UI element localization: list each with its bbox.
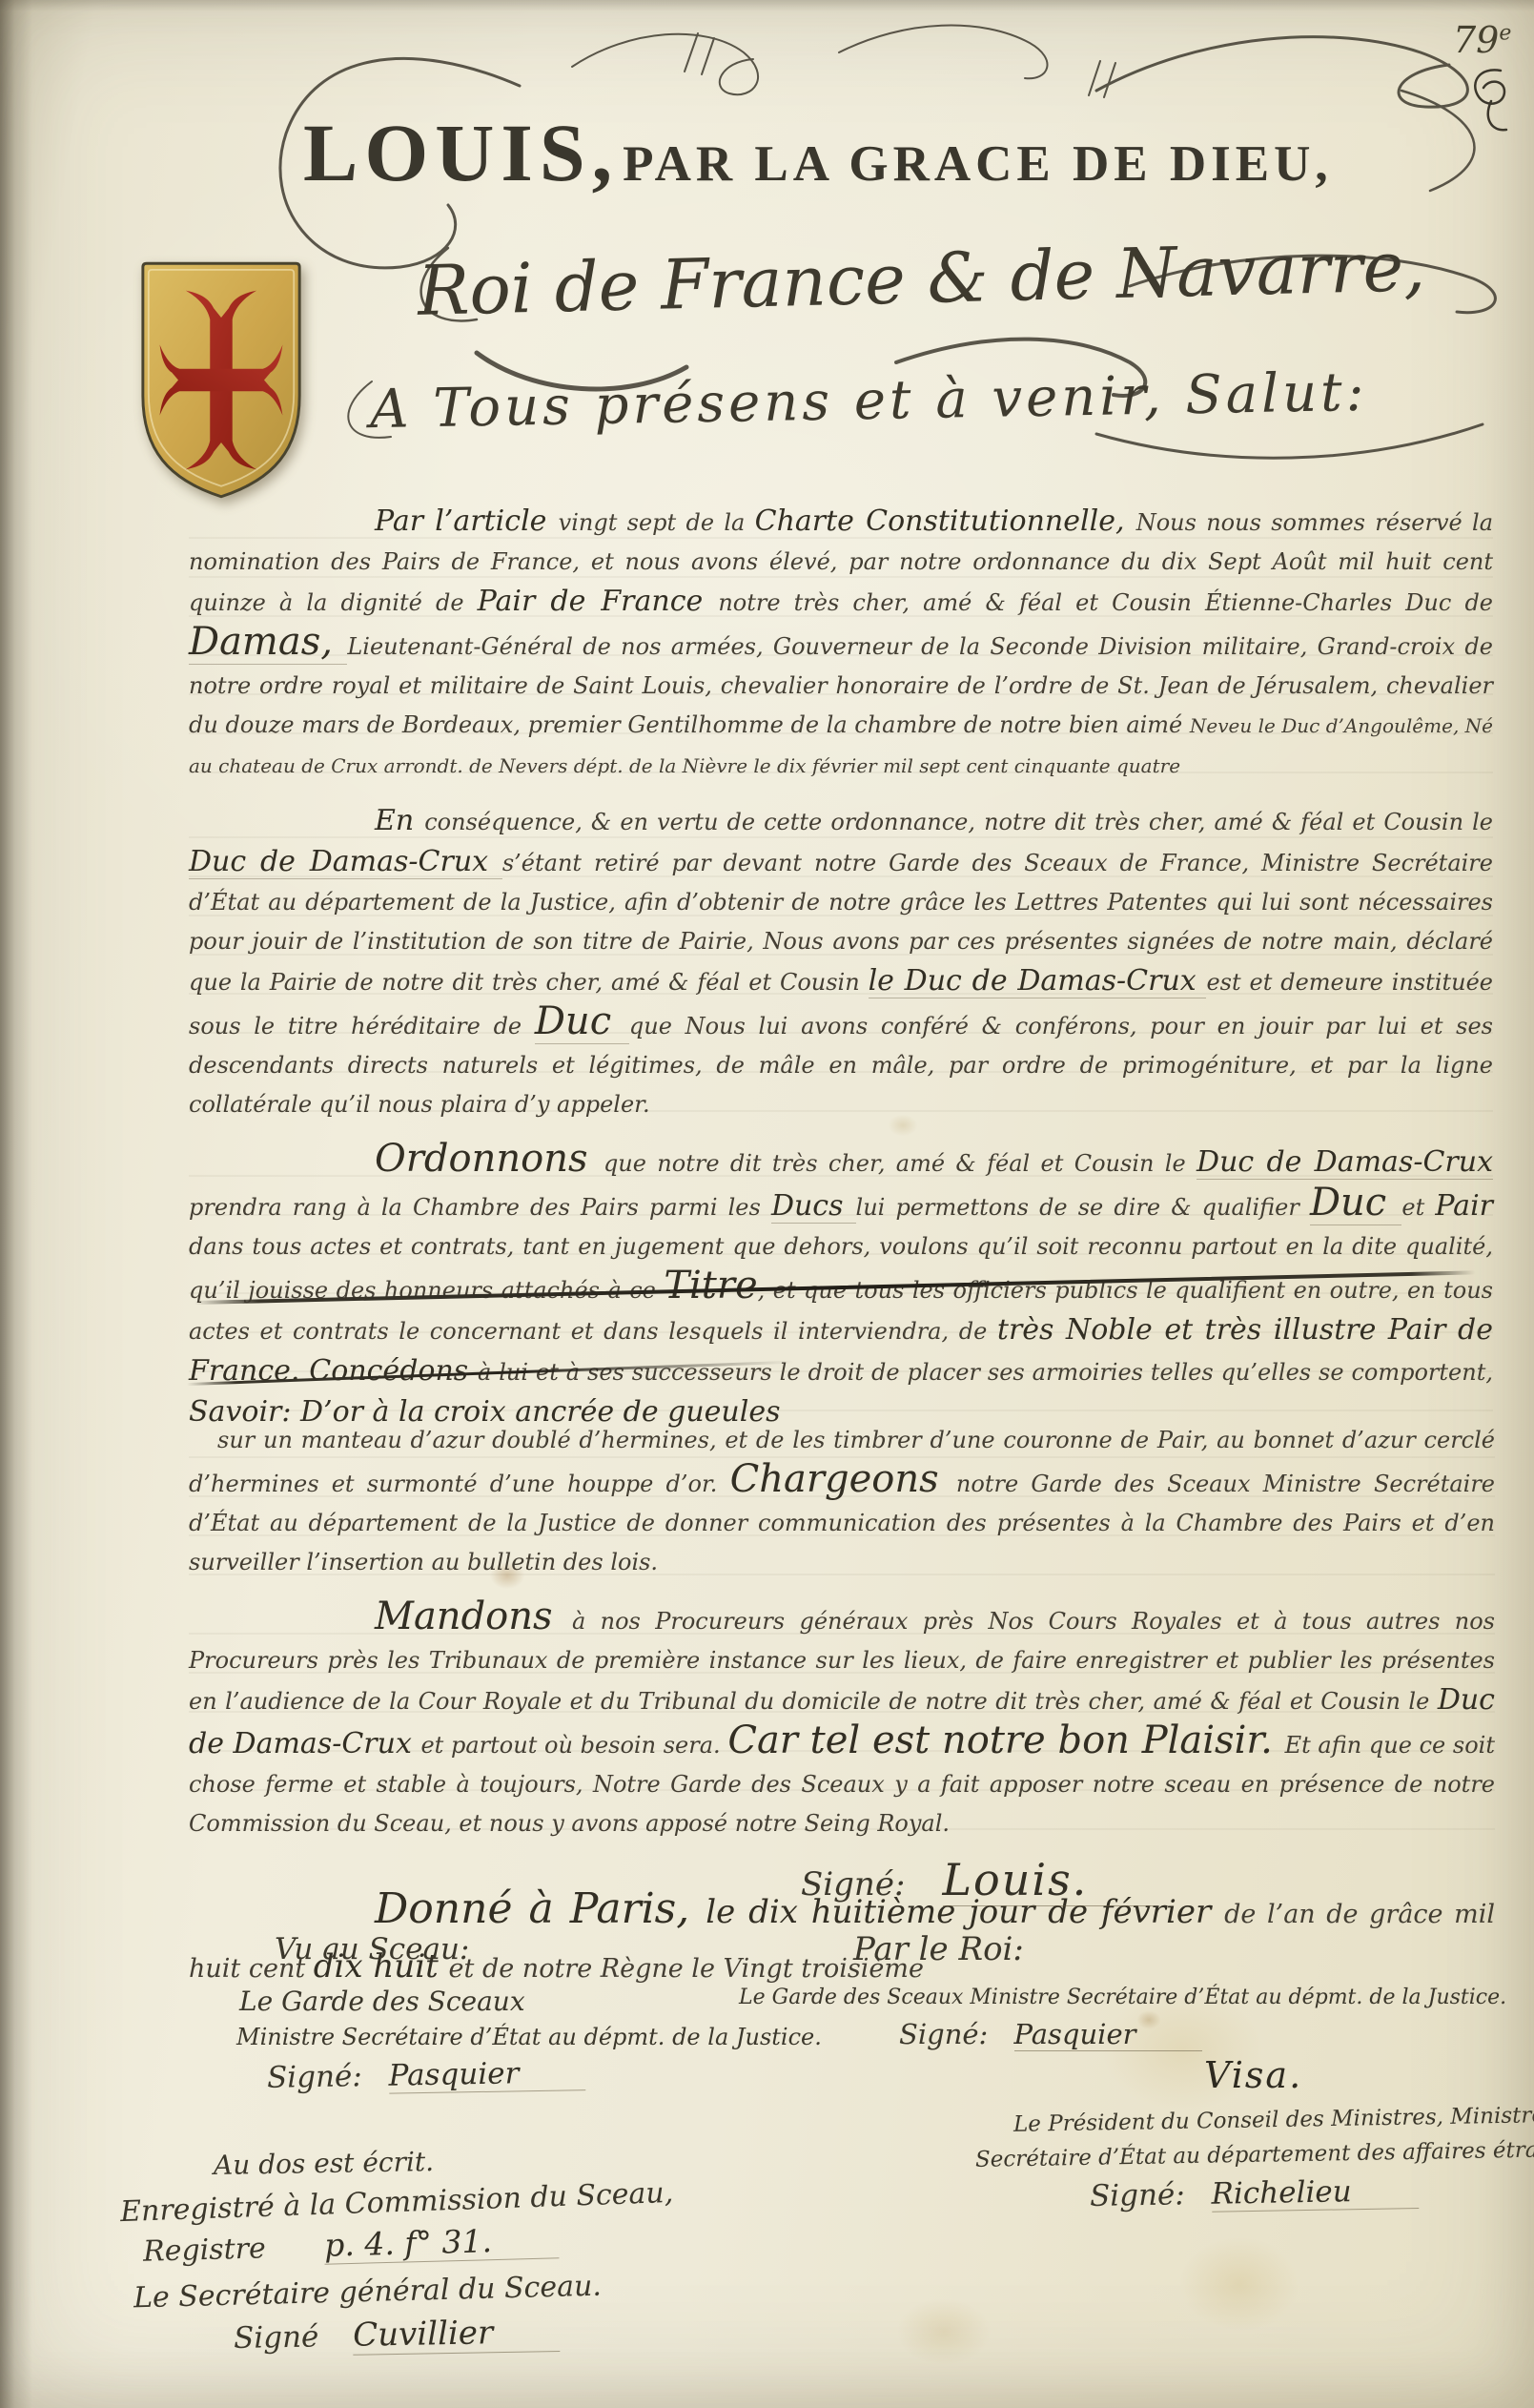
body-text-segment: lui permettons de se dire & qualifier bbox=[856, 1194, 1310, 1221]
by-grace-of-god-text: PAR LA GRACE DE DIEU, bbox=[623, 136, 1333, 192]
letters-patent-page: 79e LOUIS, PAR LA GRACE DE DIEU, Roi de … bbox=[0, 0, 1534, 2408]
body-text-segment: Titre bbox=[664, 1264, 757, 1307]
body-text-segment: Concédons bbox=[309, 1354, 478, 1388]
registration-signature: Signé Cuvillier bbox=[234, 2313, 561, 2357]
registrar-paraph-mark bbox=[1462, 63, 1520, 139]
body-text-segment: Damas, bbox=[189, 620, 347, 665]
folio-number: 79e bbox=[1453, 19, 1511, 61]
endorsement-heading: Au dos est écrit. bbox=[214, 2146, 435, 2181]
body-text-segment: Duc de Damas-Crux bbox=[189, 845, 502, 879]
body-text-segment: Mandons bbox=[375, 1595, 572, 1638]
signed-label: Signé: bbox=[801, 1865, 905, 1904]
body-text-segment: Charte Constitutionnelle, bbox=[755, 504, 1136, 538]
royal-style-line: Roi de France & de Navarre, bbox=[417, 226, 1426, 331]
pasquier-signature-name: Pasquier bbox=[1014, 2018, 1203, 2051]
body-text-segment: Chargeons bbox=[730, 1457, 956, 1501]
coat-of-arms-damas bbox=[137, 257, 305, 504]
royal-signature: Signé: Louis. bbox=[801, 1854, 1155, 1905]
body-text-segment: le Duc de Damas-Crux bbox=[869, 964, 1207, 998]
secretary-general-line: Le Secrétaire général du Sceau. bbox=[133, 2270, 603, 2315]
body-text-segment: Ducs bbox=[771, 1189, 856, 1224]
king-name-text: LOUIS, bbox=[303, 107, 619, 198]
body-text-segment: Car tel est notre bon Plaisir. bbox=[727, 1719, 1284, 1762]
king-signature-name: Louis. bbox=[943, 1854, 1156, 1906]
seal-view-heading: Vu au Sceau: bbox=[275, 1932, 469, 1966]
richelieu-signature-name: Richelieu bbox=[1211, 2173, 1419, 2212]
body-text-segment: Pair de France bbox=[478, 585, 719, 618]
signed-label: Signé: bbox=[899, 2018, 988, 2050]
body-text-segment: Duc de Damas-Crux bbox=[1197, 1145, 1493, 1180]
visa-heading: Visa. bbox=[1204, 2054, 1302, 2096]
top-edge-shadow bbox=[0, 0, 1534, 11]
folio-suffix: e bbox=[1499, 21, 1511, 45]
signed-label: Signé: bbox=[1090, 2177, 1185, 2213]
body-text-segment: Ordonnons bbox=[375, 1137, 603, 1181]
body-text-segment: En bbox=[375, 804, 424, 837]
body-text-segment: et partout où besoin sera. bbox=[420, 1732, 727, 1759]
register-reference: Registre p. 4. f° 31. bbox=[143, 2220, 560, 2268]
signed-label: Signé bbox=[234, 2319, 319, 2356]
by-the-king-office-line: Le Garde des Sceaux Ministre Secrétaire … bbox=[739, 1986, 1506, 2009]
body-text-segment: notre très cher, amé & féal et Cousin Ét… bbox=[718, 589, 1493, 616]
paragraph-mantle-chargeons: sur un manteau d’azur doublé d’hermines,… bbox=[189, 1421, 1495, 1582]
cuvillier-signature-name: Cuvillier bbox=[353, 2313, 561, 2356]
dateline-segment: Donné à Paris, bbox=[375, 1884, 706, 1933]
seal-view-office-line1: Le Garde des Sceaux bbox=[239, 1986, 525, 2017]
visa-office-line1: Le Président du Conseil des Ministres, M… bbox=[1013, 2103, 1534, 2137]
body-text-lower: sur un manteau d’azur doublé d’hermines,… bbox=[189, 1421, 1495, 2010]
royal-intitulation: LOUIS, PAR LA GRACE DE DIEU, bbox=[303, 105, 1333, 200]
body-text-segment: vingt sept de la bbox=[559, 509, 755, 536]
body-text-segment: Pair bbox=[1435, 1189, 1493, 1223]
visa-office-line2: Secrétaire d’État au département des aff… bbox=[975, 2136, 1534, 2172]
register-label: Registre bbox=[143, 2232, 267, 2268]
registration-line: Enregistré à la Commission du Sceau, bbox=[120, 2176, 674, 2229]
by-the-king-signature: Signé: Pasquier bbox=[899, 2018, 1202, 2050]
paragraph-mandons: Mandons à nos Procureurs généraux près N… bbox=[189, 1597, 1495, 1843]
body-text-upper: Par l’article vingt sept de la Charte Co… bbox=[189, 502, 1493, 1449]
body-text-segment: conséquence, & en vertu de cette ordonna… bbox=[424, 809, 1493, 835]
folio-digits: 79 bbox=[1453, 19, 1499, 61]
paragraph-charter: Par l’article vingt sept de la Charte Co… bbox=[189, 502, 1493, 786]
visa-signature: Signé: Richelieu bbox=[1090, 2173, 1419, 2213]
address-salutation-line: A Tous présens et à venir, Salut: bbox=[370, 361, 1368, 441]
seal-view-office-line2: Ministre Secrétaire d’État au dépmt. de … bbox=[236, 2024, 822, 2050]
signed-label: Signé: bbox=[267, 2059, 362, 2095]
register-folio-ref: p. 4. f° 31. bbox=[324, 2220, 560, 2264]
seal-view-signature: Signé: Pasquier bbox=[267, 2055, 586, 2095]
body-text-segment: prendra rang à la Chambre des Pairs parm… bbox=[189, 1194, 771, 1221]
body-text-segment: Par l’article bbox=[375, 504, 559, 538]
binding-shadow bbox=[0, 0, 32, 2408]
body-text-segment: que notre dit très cher, amé & féal et C… bbox=[603, 1150, 1197, 1177]
body-text-segment: Duc bbox=[535, 999, 629, 1044]
pasquier-signature-name: Pasquier bbox=[388, 2055, 585, 2094]
body-text-segment: Duc bbox=[1310, 1181, 1401, 1225]
by-the-king-heading: Par le Roi: bbox=[853, 1930, 1024, 1968]
body-text-segment: et bbox=[1401, 1194, 1435, 1221]
paragraph-institution: En conséquence, & en vertu de cette ordo… bbox=[189, 801, 1493, 1124]
body-text-segment: à lui et à ses successeurs le droit de p… bbox=[478, 1359, 1493, 1386]
